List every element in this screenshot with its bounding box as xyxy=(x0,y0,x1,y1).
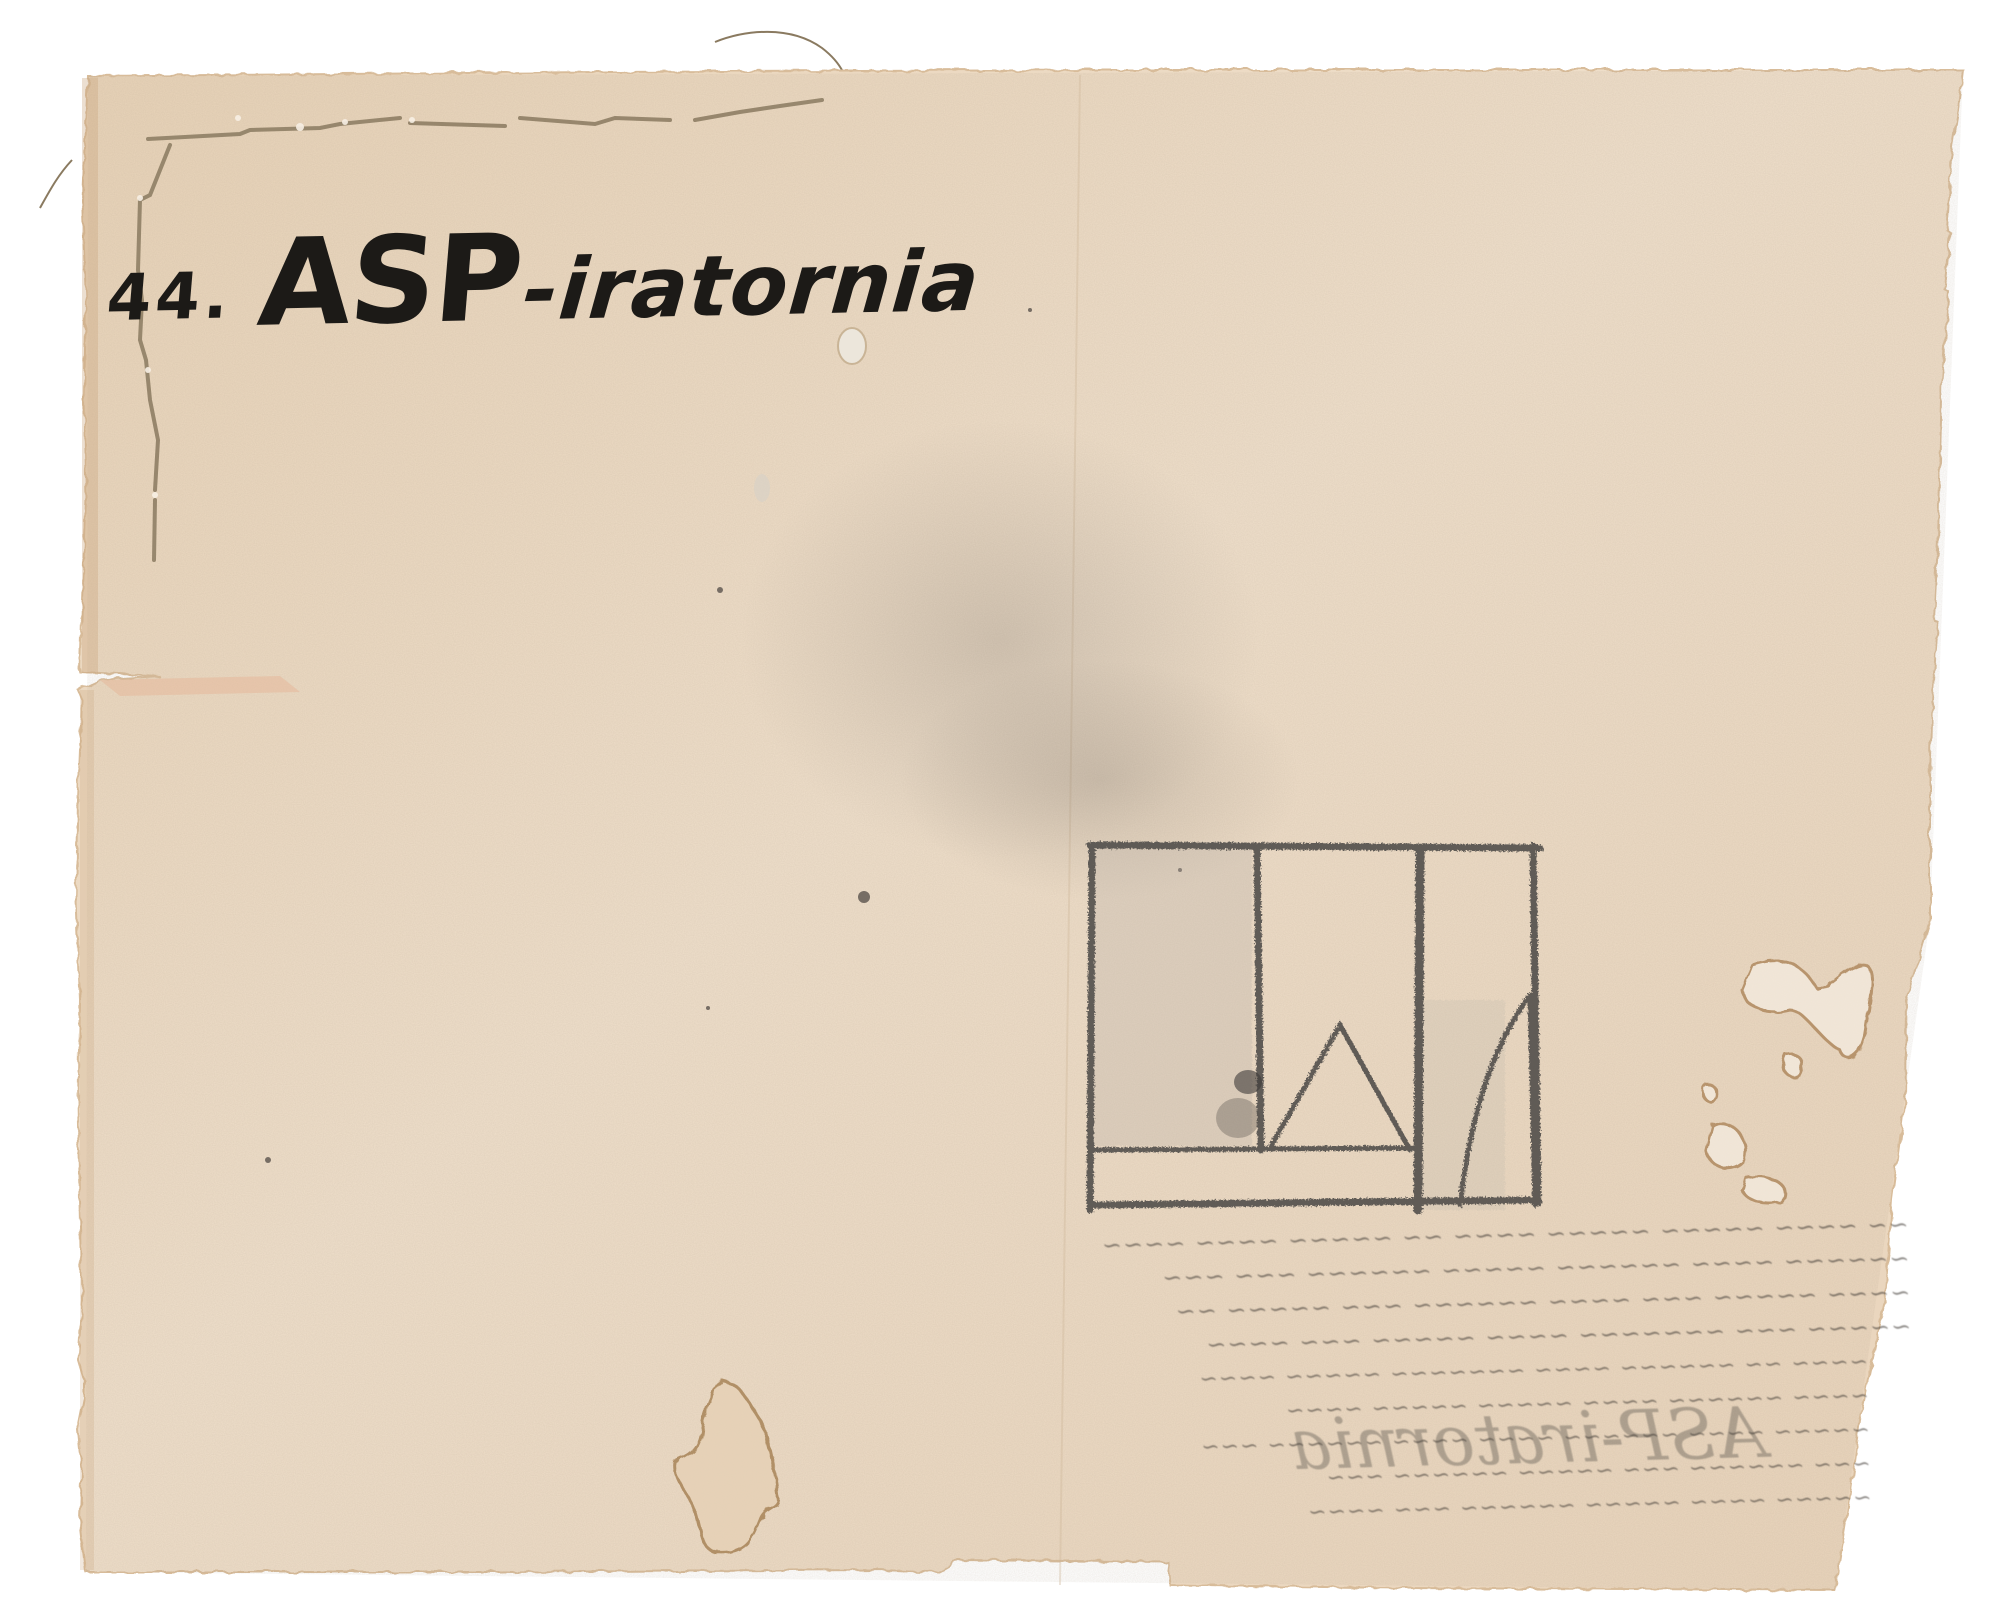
heading-title-rest: -iratornia xyxy=(519,232,983,340)
page-heading: 44.ASP-iratornia xyxy=(102,200,986,358)
document-photo: 44.ASP-iratornia ~~ ~~~~ ~~~~~ ~~~~~ ~~~… xyxy=(0,0,2000,1617)
loose-thread xyxy=(715,32,843,72)
offset-handwriting-upper: ~~ ~~~~ ~~~~~ ~~~~~ ~~~~ ~~ ~~~~~ ~~~~ ~… xyxy=(1108,1208,1911,1365)
heading-number: 44. xyxy=(104,259,236,336)
heading-title-caps: ASP xyxy=(253,209,526,354)
offset-heading-mirrored: ASP-iratornia xyxy=(1289,1392,1767,1486)
